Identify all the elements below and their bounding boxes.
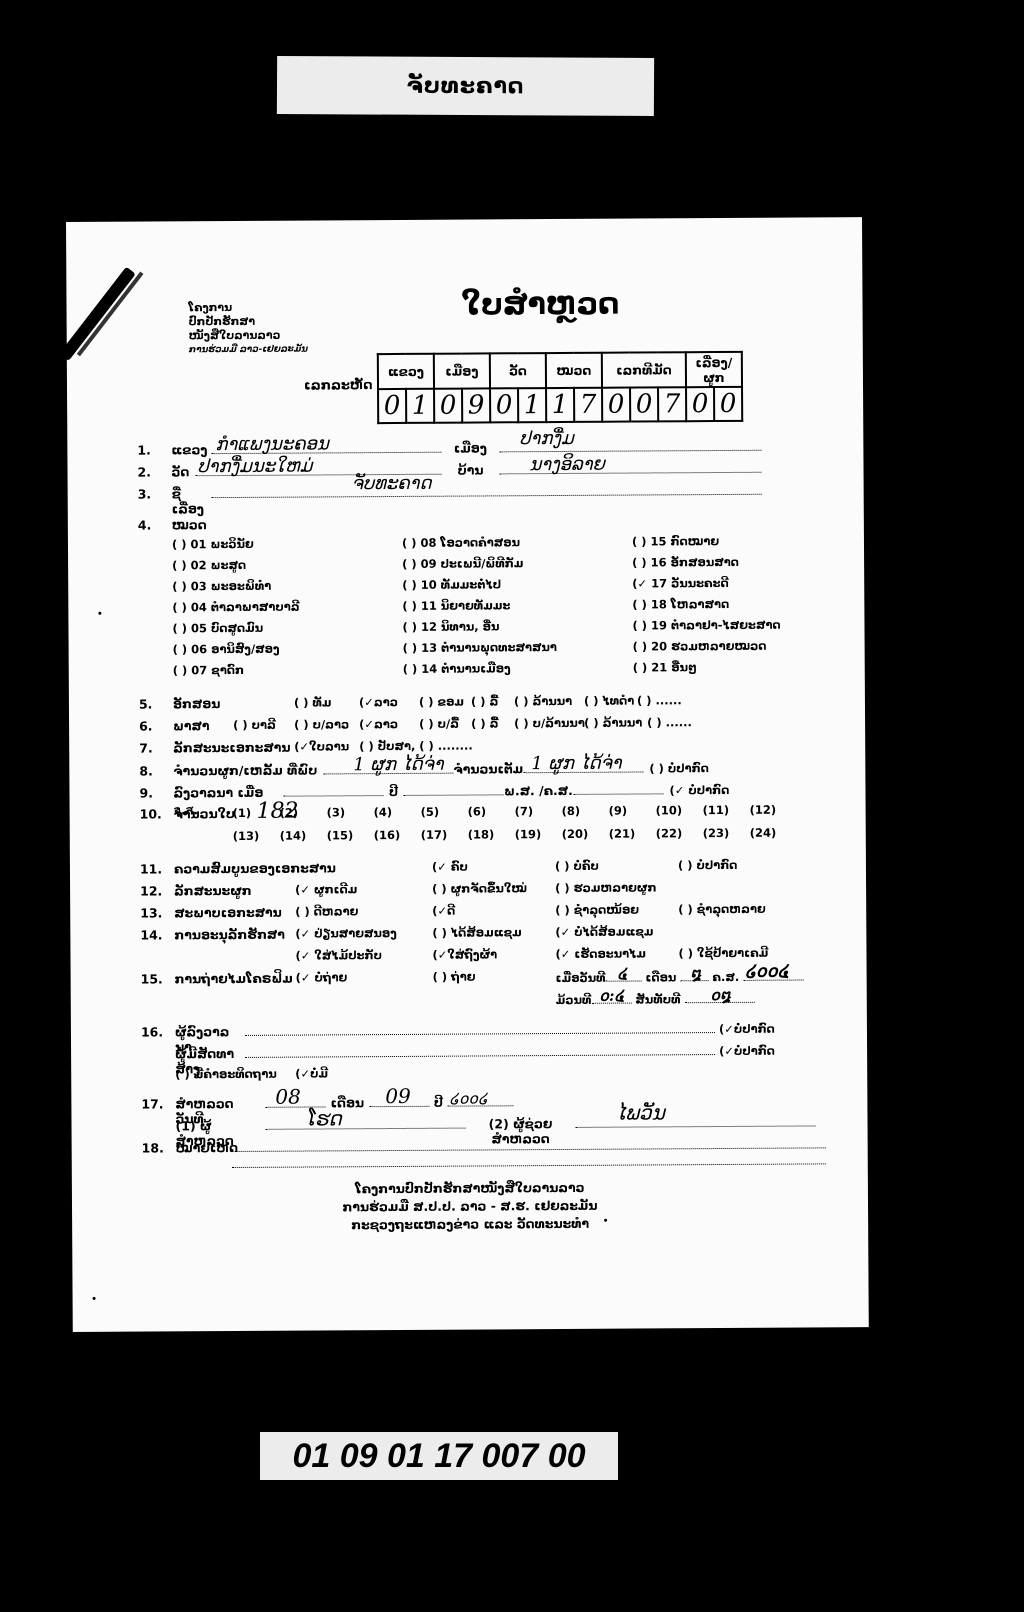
category-option[interactable]: ( ) 15 ກົດໝາຍ bbox=[632, 534, 719, 549]
row-leaf-count: 10. ຈຳນວນໃບ bbox=[140, 806, 235, 822]
code-header: ວັດ bbox=[490, 353, 546, 388]
category-option[interactable]: ( ) 20 ຮວມຫລາຍໝວດ bbox=[633, 639, 767, 654]
leaf-count-slot[interactable]: (8) bbox=[562, 804, 581, 818]
category-option[interactable]: ( ) 18 ໂຫລາສາດ bbox=[632, 597, 729, 612]
option-preservation[interactable]: (✓ ໃສ່ໄມ້ປະກັບ bbox=[295, 948, 382, 963]
row-title: 3. ຊື່ເລື່ອງ ຈັບທະຄາດ bbox=[138, 482, 762, 517]
option-language[interactable]: ( ) ລ້ານນາ bbox=[584, 715, 642, 729]
remarks-field-line-2[interactable] bbox=[232, 1151, 826, 1168]
category-option[interactable]: ( ) 04 ຕຳລາພາສາບາລີ bbox=[172, 600, 299, 615]
year-field[interactable] bbox=[403, 782, 503, 796]
village-field[interactable]: ນາງອິລາຍ bbox=[499, 460, 761, 475]
leaf-count-slot[interactable]: (3) bbox=[327, 805, 346, 819]
donor-field[interactable] bbox=[245, 1042, 715, 1058]
option-condition[interactable]: ( ) ຊຳລຸດໜ້ອຍ bbox=[555, 903, 639, 918]
scribe-unknown-option[interactable]: (✓ບໍ່ປາກົດ bbox=[719, 1022, 775, 1036]
code-digit: 0 bbox=[602, 388, 630, 422]
row-fascicle-type: 12. ລັກສະນະຜູກ bbox=[140, 883, 252, 899]
leaf-count-slot[interactable]: (17) bbox=[421, 828, 448, 842]
option-condition[interactable]: ( ) ຊຳລຸດຫລາຍ bbox=[678, 902, 766, 917]
option-language[interactable]: (✓ລາວ bbox=[359, 717, 398, 731]
page-title: ໃບສຳຫຼວດ bbox=[461, 287, 619, 323]
option-dedication[interactable]: (✓ບໍ່ມີ bbox=[295, 1066, 328, 1080]
code-table: ແຂວງ ເມືອງ ວັດ ໝວດ ເລກທີມັດ ເລື່ອງ/ຜູກ 0… bbox=[377, 351, 743, 424]
microfilm-month-field[interactable]: ໘ bbox=[680, 968, 708, 981]
code-digit: 1 bbox=[546, 388, 574, 422]
logo-stripe-icon bbox=[77, 272, 144, 357]
row-province: 1. ແຂວງ ກຳແພງນະຄອນ ເມືອງ ປາກງື່ມ bbox=[137, 438, 761, 458]
option-preservation[interactable]: (✓ ບໍ່ໄດ້ສ້ອມແຊມ bbox=[555, 924, 653, 939]
be-ce-year-field[interactable] bbox=[573, 781, 663, 795]
category-option[interactable]: ( ) 02 ພະສູດ bbox=[172, 558, 246, 572]
code-digit: 9 bbox=[462, 388, 490, 422]
option-script[interactable]: ( ) ທັມ bbox=[294, 695, 332, 709]
leaf-count-slot[interactable]: (4) bbox=[374, 805, 393, 819]
category-option[interactable]: ( ) 13 ຕຳນານພຸດທະສາສນາ bbox=[403, 640, 557, 655]
province-field[interactable]: ກຳແພງນະຄອນ bbox=[211, 440, 441, 454]
leaf-count-slot[interactable]: (5) bbox=[421, 805, 440, 819]
option-script[interactable]: ( ) ໄທດຳ bbox=[584, 694, 634, 708]
microfilm-year-field[interactable]: ໒໐໐໔ bbox=[743, 968, 803, 981]
code-digit: 7 bbox=[574, 388, 602, 422]
category-option[interactable]: ( ) 12 ນິທານ, ອື່ນ bbox=[402, 619, 499, 634]
option-condition[interactable]: ( ) ດີຫລາຍ bbox=[295, 904, 358, 918]
option-script[interactable]: (✓ລາວ bbox=[359, 695, 398, 709]
roll-number-field[interactable]: ໐:໔ bbox=[591, 991, 631, 1004]
code-header: ເລກທີມັດ bbox=[602, 352, 686, 388]
fascicles-unknown-option[interactable]: ( ) ບໍ່ປາກົດ bbox=[649, 761, 709, 775]
category-option[interactable]: ( ) 19 ຕຳລາຢາ-ໄສຍະສາດ bbox=[632, 618, 780, 633]
option-fascicle-type[interactable]: ( ) ຮວມຫລາຍຜູກ bbox=[555, 880, 657, 895]
option-language[interactable]: ( ) ບ/ລ້ານນາ bbox=[514, 716, 585, 730]
bottom-label-code: 01 09 01 17 007 00 bbox=[292, 1437, 585, 1476]
leaf-count-slot[interactable]: (1) bbox=[233, 806, 252, 820]
category-option[interactable]: ( ) 16 ອັກສອນສາດ bbox=[632, 555, 739, 570]
code-label: ເລກລະຫັດ bbox=[304, 378, 373, 393]
option-completeness[interactable]: ( ) ບໍ່ຄົບ bbox=[555, 859, 599, 873]
code-digit: 1 bbox=[406, 389, 434, 423]
option-preservation[interactable]: ( ) ໃຊ້ປ້າຍາເຄມີ bbox=[678, 946, 768, 961]
option-condition[interactable]: (✓ດີ bbox=[432, 904, 455, 918]
code-digit: 0 bbox=[630, 387, 658, 421]
option-material[interactable]: ( ) ປັບສາ, bbox=[359, 739, 415, 753]
code-digit: 7 bbox=[658, 387, 686, 421]
leaf-count-slot[interactable]: (7) bbox=[515, 804, 534, 818]
category-checklist: ( ) 01 ພະວິນັຍ( ) 02 ພະສູດ( ) 03 ພະອະພິທ… bbox=[172, 533, 813, 687]
row-preservation: 14. ການອະນຸລັກຮັກສາ bbox=[140, 927, 285, 943]
microfilm-date-line: ເມື່ອວັນທີ ໔ ເດືອນ ໘ ຄ.ສ. ໒໐໐໔ bbox=[556, 968, 804, 986]
category-option[interactable]: ( ) 14 ຕຳນານເມືອງ bbox=[403, 661, 511, 676]
option-fascicle-type[interactable]: ( ) ຜູກຈັດຂຶ້ນໃໝ່ bbox=[432, 881, 527, 896]
microfilm-day-field[interactable]: ໔ bbox=[605, 968, 641, 981]
code-digit: 1 bbox=[518, 388, 546, 422]
frame-number-field[interactable]: ໐໘ bbox=[684, 990, 754, 1003]
row-microfilm: 15. ການຖ່າຍໄມໂຄຣຟິມ bbox=[141, 971, 293, 987]
category-option[interactable]: ( ) 09 ປະເພນີ/ພິທີກັມ bbox=[402, 556, 523, 571]
leaf-count-slot[interactable]: (24) bbox=[750, 826, 777, 840]
top-label-strip: ຈັບທະຄາດ bbox=[277, 56, 654, 116]
option-dedication[interactable]: ( ) ມີຄຳອະທິດຖານ bbox=[175, 1067, 277, 1082]
option-language[interactable]: ( ) ລື້ bbox=[471, 716, 498, 730]
option-script[interactable]: ( ) ...... bbox=[637, 693, 682, 707]
leaf-count-slot[interactable]: (12) bbox=[750, 803, 777, 817]
category-option[interactable]: (✓ 17 ວັນນະຄະດີ bbox=[632, 576, 729, 591]
option-language[interactable]: ( ) ບາລີ bbox=[233, 718, 276, 732]
colophon-unknown-option[interactable]: (✓ ບໍ່ປາກົດ bbox=[669, 783, 729, 797]
leaf-count-slot[interactable]: (21) bbox=[609, 827, 636, 841]
option-completeness[interactable]: (✓ ຄົບ bbox=[432, 860, 468, 874]
category-option[interactable]: ( ) 21 ອື່ນໆ bbox=[633, 660, 697, 674]
category-option[interactable]: ( ) 10 ທັມມະຕໍ່ໄປ bbox=[402, 577, 501, 592]
scribe-field[interactable] bbox=[245, 1020, 715, 1036]
option-microfilm[interactable]: (✓ ບໍ່ຖ່າຍ bbox=[296, 970, 348, 984]
category-option[interactable]: ( ) 05 ບົດສູດມົນ bbox=[172, 621, 263, 636]
surveyor-1-field[interactable]: ໂຮດ bbox=[265, 1116, 465, 1130]
logo-icon bbox=[59, 267, 136, 361]
row-fascicles: 8. ຈຳນວນຜູກ/ເຫລັ້ມ ທີ່ພົບ 1 ຜູກ ໄດ້ຈ່າ ຈ… bbox=[139, 759, 709, 778]
code-header: ໝວດ bbox=[546, 353, 602, 388]
microfilm-roll-line: ມ້ວນທີ ໐:໔ ສັນທັບທີ ໐໘ bbox=[556, 990, 755, 1007]
leaf-count-slot[interactable]: (15) bbox=[327, 828, 354, 842]
option-language[interactable]: ( ) ບ/ລື້ bbox=[419, 717, 459, 731]
option-material[interactable]: ( ) ........ bbox=[419, 739, 473, 753]
title-field[interactable]: ຈັບທະຄາດ bbox=[212, 482, 762, 498]
category-option[interactable]: ( ) 01 ພະວິນັຍ bbox=[172, 537, 254, 551]
cs-year-field[interactable] bbox=[283, 783, 383, 797]
option-preservation[interactable]: ( ) ໄດ້ສ້ອມແຊມ bbox=[432, 925, 522, 940]
leaf-count-slot[interactable]: (16) bbox=[374, 828, 401, 842]
leaf-count-slot[interactable]: (13) bbox=[233, 829, 260, 843]
footer: ໂຄງການປົກປັກຮັກສາໜັງສືໃບລານລາວ ການຮ່ວມມື… bbox=[72, 1177, 868, 1236]
district-field[interactable]: ປາກງື່ມ bbox=[499, 438, 761, 453]
leaf-count-slot[interactable]: (20) bbox=[562, 827, 589, 841]
survey-form-page: ໂຄງການ ປົກປັກຮັກສາ ໜັງສືໃບລານລາວ ການຮ່ວມ… bbox=[66, 217, 869, 1332]
code-digit: 0 bbox=[378, 389, 406, 423]
row-language: 6. ພາສາ bbox=[139, 718, 209, 733]
code-header: ແຂວງ bbox=[378, 354, 434, 389]
survey-year-field[interactable]: ໒໐໐໒ bbox=[447, 1093, 513, 1106]
option-script[interactable]: ( ) ລື້ bbox=[471, 694, 498, 708]
code-digit: 0 bbox=[686, 387, 714, 421]
surveyor-2-field[interactable]: ໄພວັນ bbox=[575, 1113, 815, 1127]
donor-unknown-option[interactable]: (✓ບໍ່ປາກົດ bbox=[719, 1044, 775, 1058]
option-preservation[interactable]: (✓ ເຮັດອະນາໄມ bbox=[555, 946, 646, 961]
code-header: ເລື່ອງ/ຜູກ bbox=[686, 352, 742, 387]
option-preservation[interactable]: (✓ ປ່ຽນສາຍສນອງ bbox=[295, 926, 396, 941]
option-material[interactable]: (✓ໃບລານ bbox=[294, 739, 349, 753]
row-condition: 13. ສະພາບເອກະສານ bbox=[140, 905, 282, 921]
category-option[interactable]: ( ) 07 ຊາດົກ bbox=[173, 663, 244, 677]
category-option[interactable]: ( ) 06 ອານິສົງ/ສອງ bbox=[173, 642, 280, 657]
category-option[interactable]: ( ) 11 ນິຍາຍທັມມະ bbox=[402, 598, 510, 613]
logo-text: ໂຄງການ ປົກປັກຮັກສາ ໜັງສືໃບລານລາວ ການຮ່ວມ… bbox=[188, 301, 308, 358]
option-preservation[interactable]: (✓ໃສ່ຖົງຜ້າ bbox=[432, 947, 497, 961]
option-microfilm[interactable]: ( ) ຖ່າຍ bbox=[433, 970, 476, 984]
row-material: 7. ລັກສະນະເອກະສານ bbox=[139, 740, 290, 756]
category-option[interactable]: ( ) 08 ໂອວາດຄຳສອນ bbox=[402, 535, 520, 550]
leaf-count-slot[interactable]: (10) bbox=[656, 803, 683, 817]
leaf-count-slot[interactable]: (18) bbox=[468, 827, 495, 841]
row-category: 4. ໝວດ bbox=[138, 517, 207, 532]
row-wat: 2. ວັດ ປາກງື່ມນະໃຫມ່ ບ້ານ ນາງອິລາຍ bbox=[137, 460, 761, 480]
option-script[interactable]: ( ) ລ້ານນາ bbox=[514, 694, 572, 708]
leaf-count-slot[interactable]: (23) bbox=[703, 826, 730, 840]
option-fascicle-type[interactable]: (✓ ຜູກເດີມ bbox=[295, 882, 357, 896]
top-label-text: ຈັບທະຄາດ bbox=[406, 73, 524, 99]
code-digit: 0 bbox=[490, 388, 518, 422]
leaf-count-slot[interactable]: (2) bbox=[280, 806, 299, 820]
bottom-label-strip: 01 09 01 17 007 00 bbox=[260, 1432, 618, 1480]
fascicles-total-field[interactable]: 1 ຜູກ ໄດ້ຈ່າ bbox=[523, 759, 643, 773]
option-language[interactable]: ( ) ບ/ລາວ bbox=[294, 717, 349, 731]
leaf-count-slot[interactable]: (22) bbox=[656, 826, 683, 840]
option-language[interactable]: ( ) ...... bbox=[647, 715, 692, 729]
fascicles-found-field[interactable]: 1 ຜູກ ໄດ້ຈ່າ bbox=[323, 761, 453, 775]
leaf-count-slots-row-2: (13)(14)(15)(16)(17)(18)(19)(20)(21)(22)… bbox=[233, 826, 793, 829]
category-option[interactable]: ( ) 03 ພະອະພິທຳ bbox=[172, 579, 271, 594]
option-completeness[interactable]: ( ) ບໍ່ປາກົດ bbox=[678, 858, 738, 872]
leaf-count-slot[interactable]: (11) bbox=[703, 803, 730, 817]
code-digit: 0 bbox=[434, 389, 462, 423]
leaf-count-slot[interactable]: (14) bbox=[280, 829, 307, 843]
option-script[interactable]: ( ) ຂອມ bbox=[419, 695, 464, 709]
leaf-count-slot[interactable]: (6) bbox=[468, 804, 487, 818]
code-digit: 0 bbox=[714, 387, 742, 421]
remarks-field[interactable] bbox=[232, 1135, 826, 1152]
leaf-count-slot[interactable]: (9) bbox=[609, 804, 628, 818]
survey-month-field[interactable]: 09 bbox=[369, 1094, 429, 1107]
row-completeness: 11. ຄວາມສົມບູນຂອງເອກະສານ bbox=[140, 860, 336, 876]
code-header: ເມືອງ bbox=[434, 353, 490, 388]
leaf-count-slot[interactable]: (19) bbox=[515, 827, 542, 841]
